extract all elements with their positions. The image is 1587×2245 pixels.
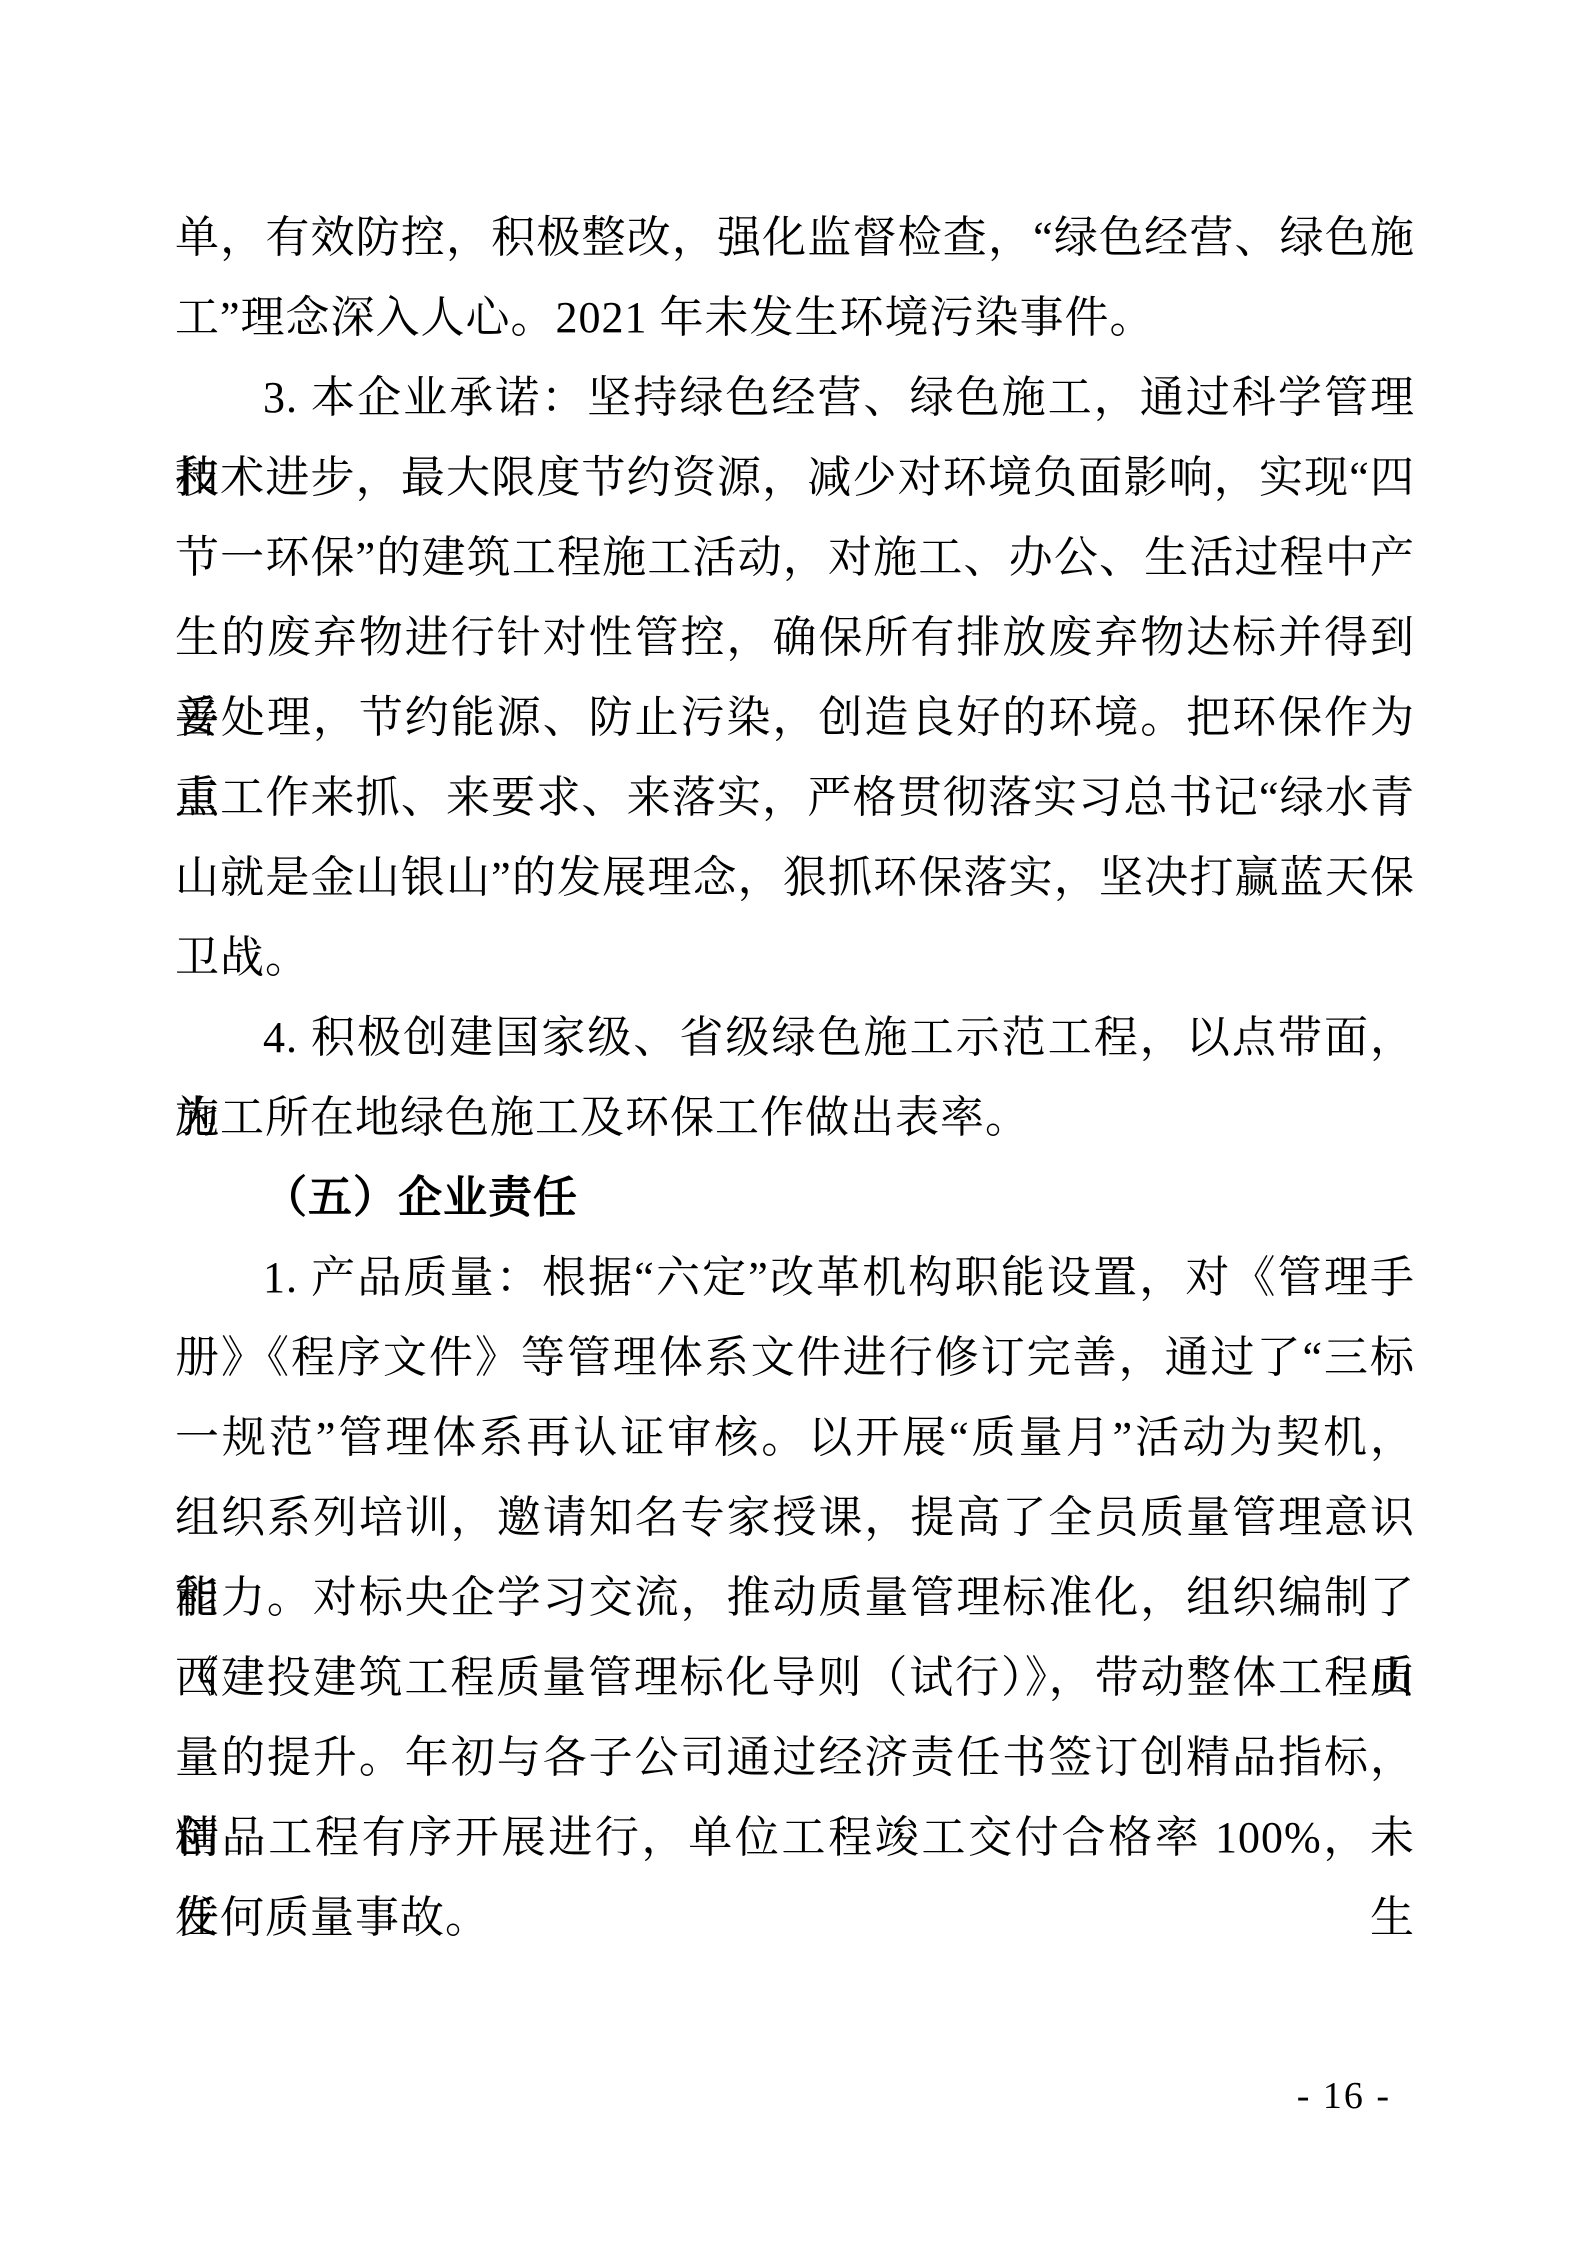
text-line: 山就是金山银山”的发展理念，狠抓环保落实，坚决打赢蓝天保 <box>175 838 1415 918</box>
text-line: 单，有效防控，积极整改，强化监督检查，“绿色经营、绿色施 <box>175 198 1415 278</box>
page-number: - 16 - <box>1297 2072 1391 2120</box>
text-line: 4. 积极创建国家级、省级绿色施工示范工程，以点带面，为 <box>175 998 1415 1078</box>
text-line: 册》《程序文件》等管理体系文件进行修订完善，通过了“三标 <box>175 1318 1415 1398</box>
text-line: 施工所在地绿色施工及环保工作做出表率。 <box>175 1078 1415 1158</box>
text-line: 善处理，节约能源、防止污染，创造良好的环境。把环保作为重 <box>175 678 1415 758</box>
text-line: 节一环保”的建筑工程施工活动，对施工、办公、生活过程中产 <box>175 518 1415 598</box>
text-line: 工”理念深入人心。2021 年未发生环境污染事件。 <box>175 278 1415 358</box>
text-line: 3. 本企业承诺：坚持绿色经营、绿色施工，通过科学管理和 <box>175 358 1415 438</box>
text-line: 一规范”管理体系再认证审核。以开展“质量月”活动为契机， <box>175 1398 1415 1478</box>
section-heading: （五）企业责任 <box>175 1158 1415 1238</box>
text-line: 精品工程有序开展进行，单位工程竣工交付合格率 100%，未发生 <box>175 1798 1415 1878</box>
text-line: 点工作来抓、来要求、来落实，严格贯彻落实习总书记“绿水青 <box>175 758 1415 838</box>
text-line: 西建投建筑工程质量管理标化导则（试行）》，带动整体工程质 <box>175 1638 1415 1718</box>
document-text-block: 单，有效防控，积极整改，强化监督检查，“绿色经营、绿色施工”理念深入人心。202… <box>175 198 1415 1958</box>
text-line: 技术进步，最大限度节约资源，减少对环境负面影响，实现“四 <box>175 438 1415 518</box>
text-line: 组织系列培训，邀请知名专家授课，提高了全员质量管理意识和 <box>175 1478 1415 1558</box>
text-line: 生的废弃物进行针对性管控，确保所有排放废弃物达标并得到妥 <box>175 598 1415 678</box>
text-line: 能力。对标央企学习交流，推动质量管理标准化，组织编制了《山 <box>175 1558 1415 1638</box>
text-line: 量的提升。年初与各子公司通过经济责任书签订创精品指标，创 <box>175 1718 1415 1798</box>
document-page: 单，有效防控，积极整改，强化监督检查，“绿色经营、绿色施工”理念深入人心。202… <box>0 0 1587 2245</box>
text-line: 1. 产品质量：根据“六定”改革机构职能设置，对《管理手 <box>175 1238 1415 1318</box>
text-line: 卫战。 <box>175 918 1415 998</box>
